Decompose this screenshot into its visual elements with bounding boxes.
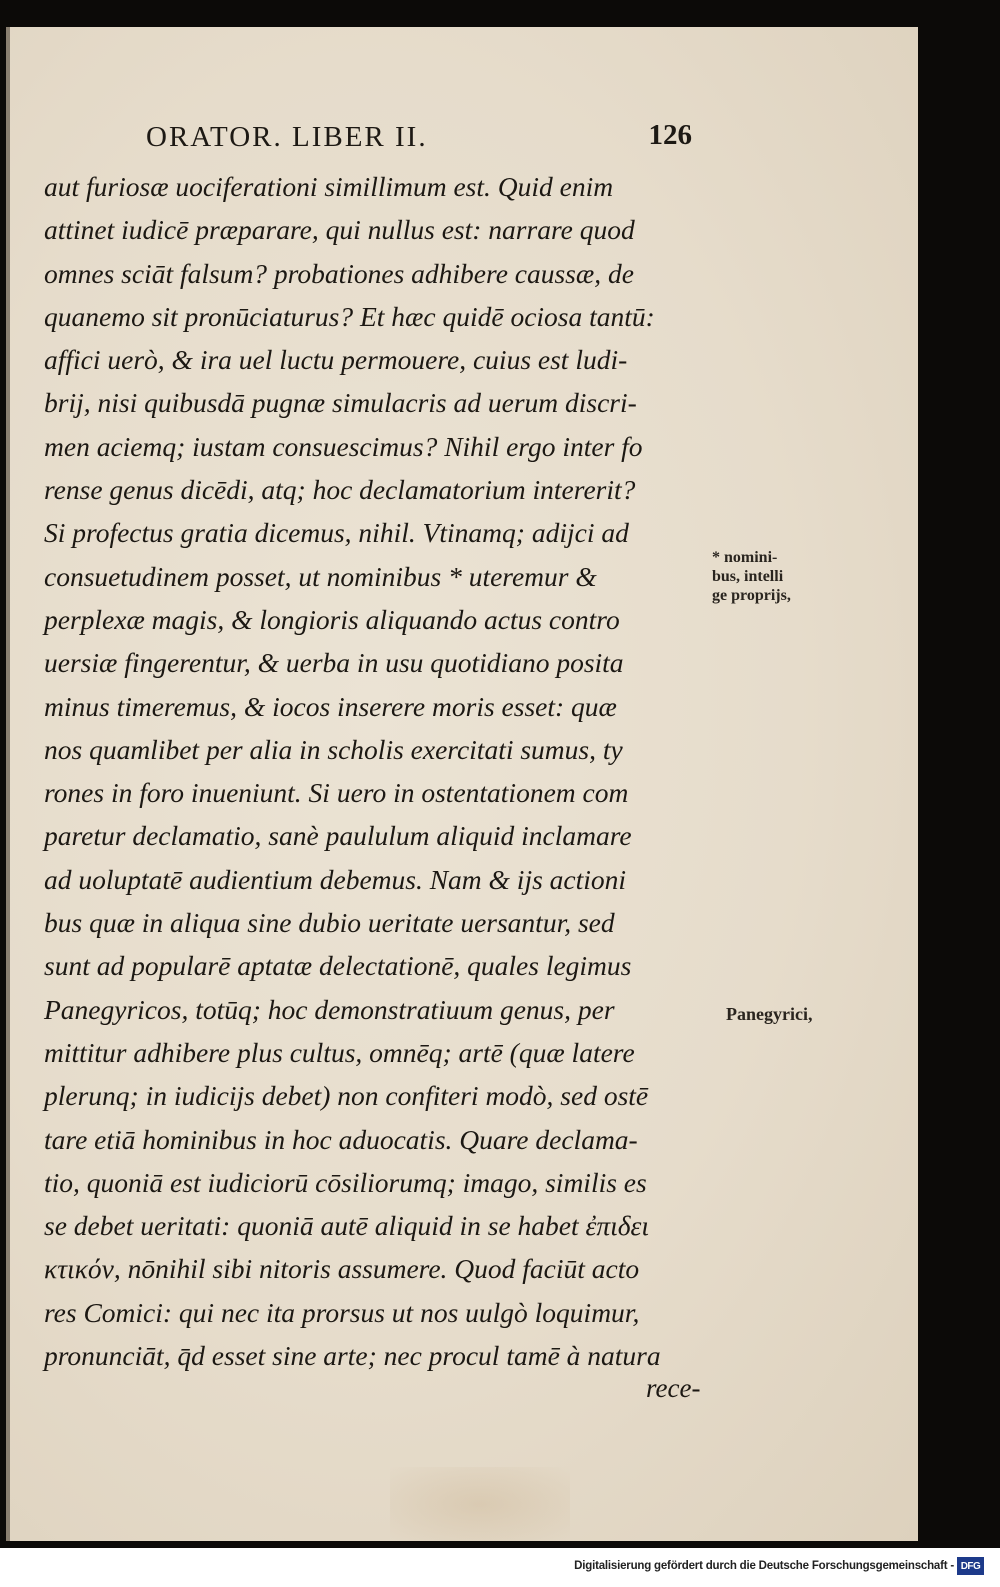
text-line: se debet ueritati: quoniā autē aliquid i… [44,1204,724,1247]
text-line: paretur declamatio, sanè paululum aliqui… [44,814,724,857]
text-line: uersiæ fingerentur, & uerba in usu quoti… [44,641,724,684]
text-line: res Comici: qui nec ita prorsus ut nos u… [44,1291,724,1334]
text-line: tio, quoniā est iudiciorū cōsiliorumq; i… [44,1161,724,1204]
running-head: ORATOR. LIBER II. 126 [146,121,706,161]
marginal-line: bus, intelli [712,567,791,586]
funding-credit: Digitalisierung gefördert durch die Deut… [574,1560,954,1572]
marginal-line: Panegyrici, [726,1005,812,1024]
digitization-footer: Digitalisierung gefördert durch die Deut… [0,1548,1000,1587]
text-line: minus timeremus, & iocos inserere moris … [44,685,724,728]
text-line: men aciemq; iustam consuescimus? Nihil e… [44,425,724,468]
marginal-line: ge proprijs, [712,586,791,605]
text-line: perplexæ magis, & longioris aliquando ac… [44,598,724,641]
text-line: omnes sciāt falsum? probationes adhibere… [44,252,724,295]
text-line: pronunciāt, q̄d esset sine arte; nec pro… [44,1334,724,1377]
text-line: quanemo sit pronūciaturus? Et hæc quidē … [44,295,724,338]
text-line: plerunq; in iudicijs debet) non confiter… [44,1074,724,1117]
text-line: mittitur adhibere plus cultus, omnēq; ar… [44,1031,724,1074]
text-line: Si profectus gratia dicemus, nihil. Vtin… [44,511,724,554]
book-page: ORATOR. LIBER II. 126 aut furiosæ uocife… [6,27,918,1541]
text-line: aut furiosæ uociferationi simillimum est… [44,165,724,208]
text-line: nos quamlibet per alia in scholis exerci… [44,728,724,771]
marginal-note-panegyrici: Panegyrici, [726,1005,812,1024]
text-line: sunt ad popularē aptatæ delectationē, qu… [44,944,724,987]
catchword: rece- [646,1373,700,1404]
text-line: tare etiā hominibus in hoc aduocatis. Qu… [44,1118,724,1161]
scan-background: ORATOR. LIBER II. 126 aut furiosæ uocife… [0,0,1000,1548]
text-line: consuetudinem posset, ut nominibus * ute… [44,555,724,598]
marginal-line: * nomini- [712,548,791,567]
text-line: rense genus dicēdi, atq; hoc declamatori… [44,468,724,511]
dfg-logo-icon: DFG [957,1557,984,1575]
text-line: affici uerò, & ira uel luctu permouere, … [44,338,724,381]
text-line: bus quæ in aliqua sine dubio ueritate ue… [44,901,724,944]
text-line: ad uoluptatē audientium debemus. Nam & i… [44,858,724,901]
text-line: attinet iudicē præparare, qui nullus est… [44,208,724,251]
marginal-note-nominibus: * nomini- bus, intelli ge proprijs, [712,548,791,605]
text-line: κτικόν, nōnihil sibi nitoris assumere. Q… [44,1247,724,1290]
page-number: 126 [649,119,693,152]
text-line: brij, nisi quibusdā pugnæ simulacris ad … [44,381,724,424]
running-title: ORATOR. LIBER II. [146,121,428,154]
text-line: rones in foro inueniunt. Si uero in oste… [44,771,724,814]
text-line: Panegyricos, totūq; hoc demonstratiuum g… [44,988,724,1031]
body-text: aut furiosæ uociferationi simillimum est… [44,165,724,1377]
